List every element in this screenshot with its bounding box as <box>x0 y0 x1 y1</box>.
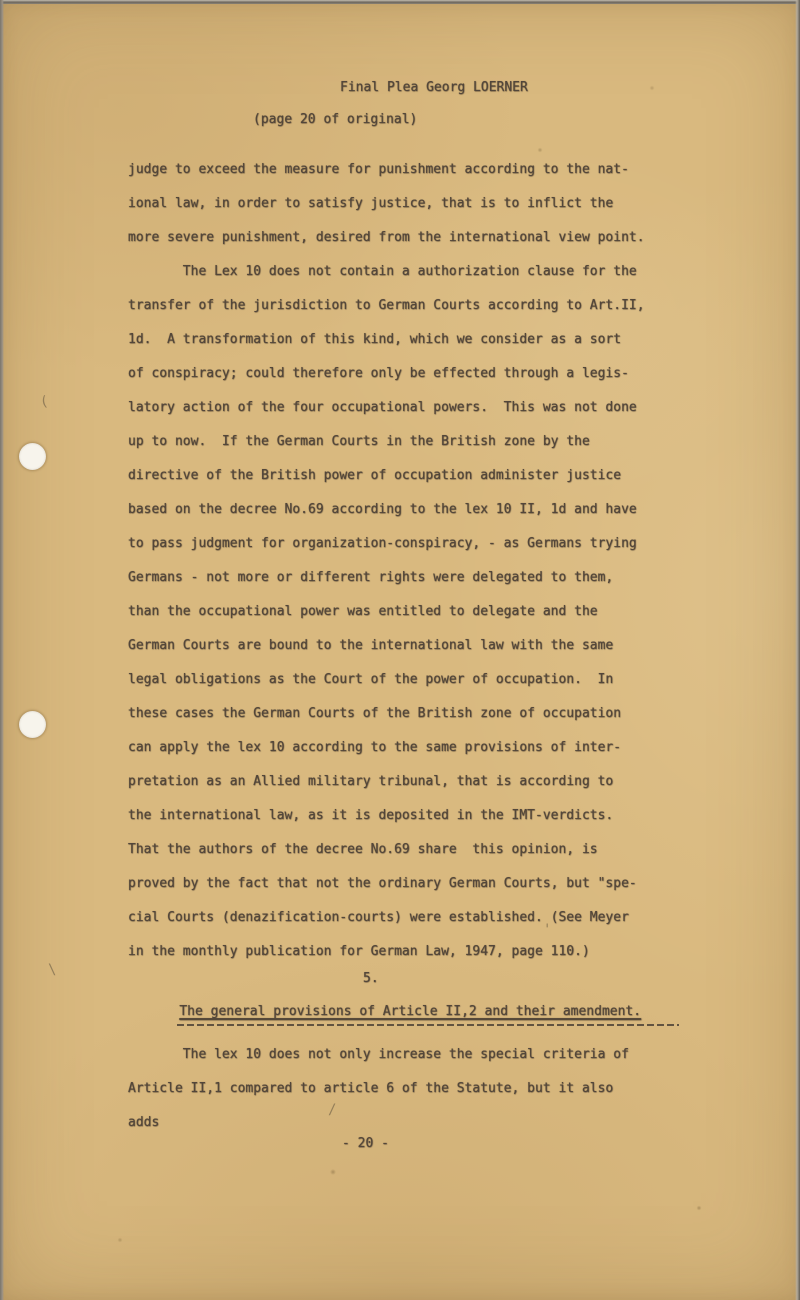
typed-line: latory action of the four occupational p… <box>128 391 708 425</box>
typed-line: Article II,1 compared to article 6 of th… <box>128 1072 708 1106</box>
document-title: Final Plea Georg LOERNER <box>340 80 528 95</box>
typed-line: German Courts are bound to the internati… <box>128 629 708 663</box>
typed-line: based on the decree No.69 according to t… <box>128 493 708 527</box>
typed-line: up to now. If the German Courts in the B… <box>128 425 708 459</box>
typed-line: pretation as an Allied military tribunal… <box>128 765 708 799</box>
typed-line: to pass judgment for organization-conspi… <box>128 527 708 561</box>
typed-line: than the occupational power was entitled… <box>128 595 708 629</box>
page-number: - 20 - <box>342 1136 389 1151</box>
scanned-document-page: Final Plea Georg LOERNER (page 20 of ori… <box>0 0 800 1300</box>
section-heading: The general provisions of Article II,2 a… <box>148 989 641 1034</box>
body-text-block: judge to exceed the measure for punishme… <box>128 153 708 969</box>
typed-line: more severe punishment, desired from the… <box>128 221 708 255</box>
section-number: 5. <box>363 971 379 986</box>
typed-line: ional law, in order to satisfy justice, … <box>128 187 708 221</box>
typed-line: transfer of the jurisdiction to German C… <box>128 289 708 323</box>
typed-line: 1d. A transformation of this kind, which… <box>128 323 708 357</box>
pencil-mark: ( <box>39 393 50 410</box>
typed-line: directive of the British power of occupa… <box>128 459 708 493</box>
typed-line: proved by the fact that not the ordinary… <box>128 867 708 901</box>
typed-line: Germans - not more or different rights w… <box>128 561 708 595</box>
typed-line: The Lex 10 does not contain a authorizat… <box>128 255 708 289</box>
hole-punch-bottom <box>19 711 46 738</box>
pencil-mark: \ <box>48 962 56 978</box>
typed-line: these cases the German Courts of the Bri… <box>128 697 708 731</box>
typed-line: in the monthly publication for German La… <box>128 935 708 969</box>
typed-line: The lex 10 does not only increase the sp… <box>128 1038 708 1072</box>
scan-edge-right <box>795 0 800 1300</box>
closing-text-block: The lex 10 does not only increase the sp… <box>128 1038 708 1140</box>
typed-line: can apply the lex 10 according to the sa… <box>128 731 708 765</box>
scan-edge-left <box>0 0 4 1300</box>
typed-line: adds <box>128 1106 708 1140</box>
pencil-mark: / <box>328 1102 336 1118</box>
typed-line: the international law, as it is deposite… <box>128 799 708 833</box>
typed-line: of conspiracy; could therefore only be e… <box>128 357 708 391</box>
pencil-mark: ' <box>543 922 551 938</box>
hole-punch-top <box>19 443 46 470</box>
scan-edge-top <box>0 0 800 4</box>
typed-line: legal obligations as the Court of the po… <box>128 663 708 697</box>
typed-line: cial Courts (denazification-courts) were… <box>128 901 708 935</box>
page-reference-note: (page 20 of original) <box>253 112 417 127</box>
typed-line: That the authors of the decree No.69 sha… <box>128 833 708 867</box>
typed-line: judge to exceed the measure for punishme… <box>128 153 708 187</box>
